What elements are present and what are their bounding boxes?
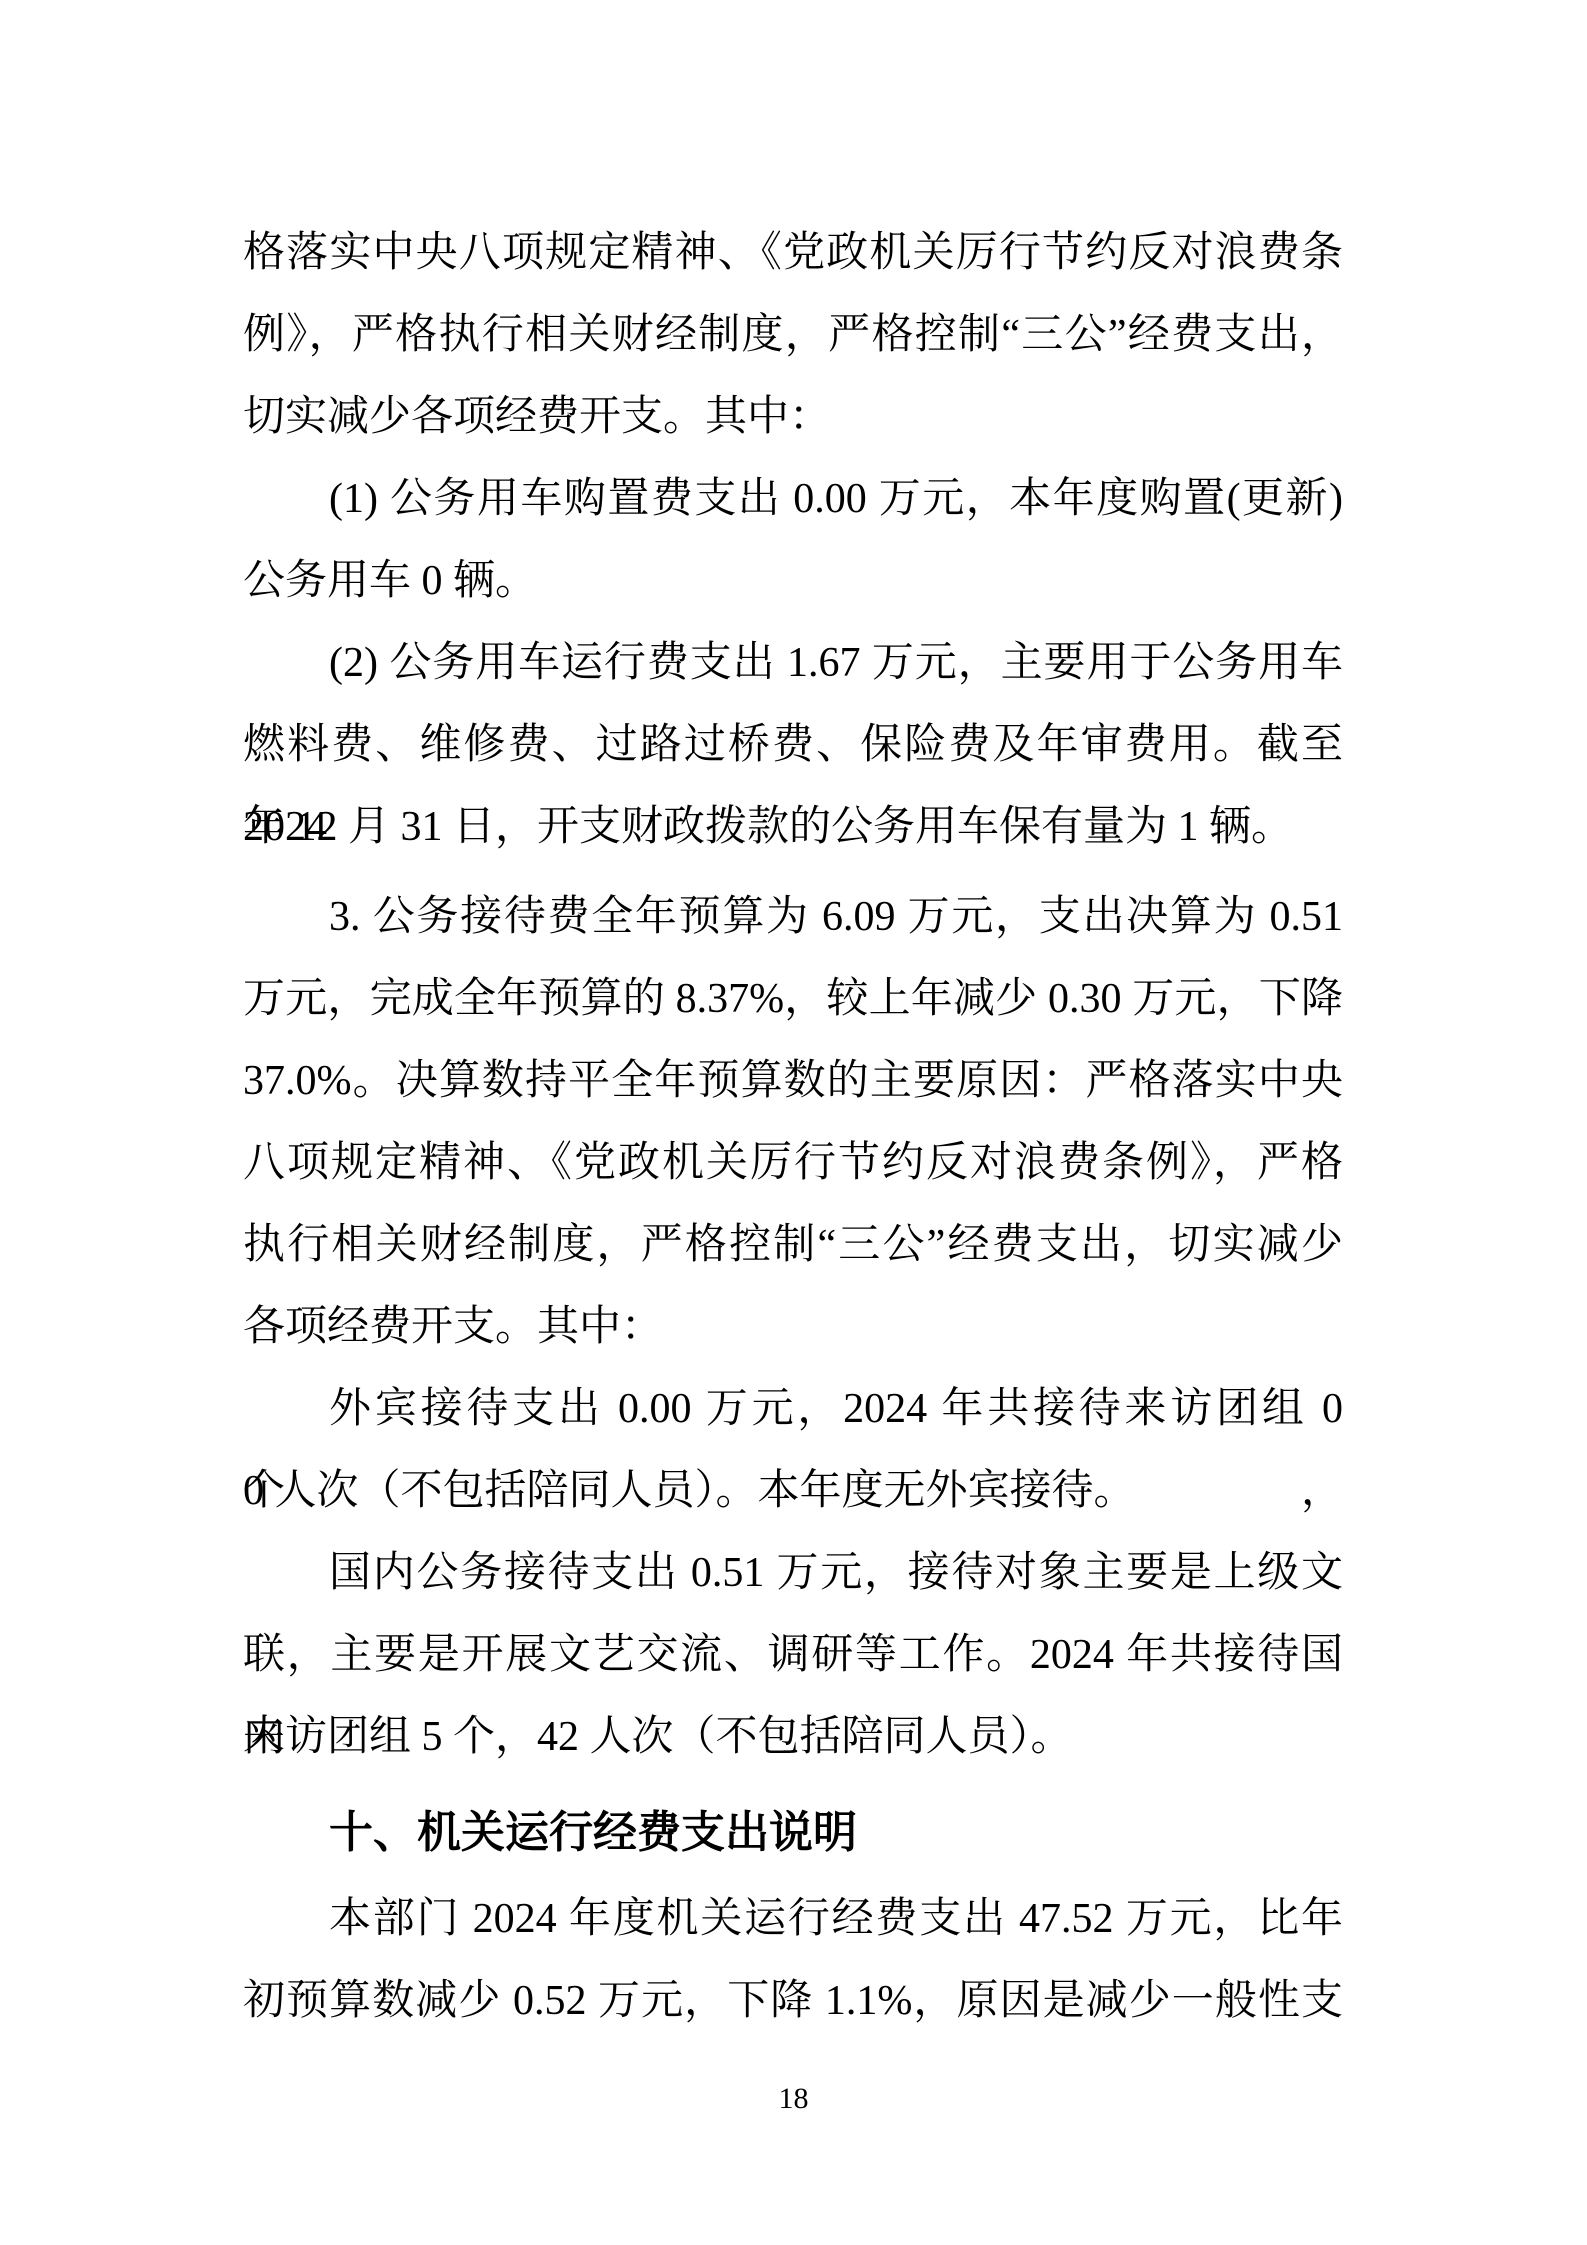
text-line: 执行相关财经制度，严格控制“三公”经费支出，切实减少 [243,1204,1343,1286]
text-line: 格落实中央八项规定精神、《党政机关厉行节约反对浪费条 [243,212,1343,294]
document-page: 格落实中央八项规定精神、《党政机关厉行节约反对浪费条例》，严格执行相关财经制度，… [0,0,1587,2245]
text-line: 37.0%。决算数持平全年预算数的主要原因：严格落实中央 [243,1040,1343,1122]
section-heading: 十、机关运行经费支出说明 [243,1792,1343,1874]
text-line: 本部门 2024 年度机关运行经费支出 47.52 万元，比年 [243,1878,1343,1960]
page-number: 18 [0,2082,1587,2116]
text-line: 各项经费开支。其中： [243,1286,1343,1368]
text-line: 燃料费、维修费、过路过桥费、保险费及年审费用。截至 2024 [243,704,1343,786]
text-line: 万元，完成全年预算的 8.37%，较上年减少 0.30 万元，下降 [243,958,1343,1040]
text-line: 初预算数减少 0.52 万元，下降 1.1%，原因是减少一般性支 [243,1960,1343,2042]
text-line: 切实减少各项经费开支。其中： [243,376,1343,458]
text-line: 3. 公务接待费全年预算为 6.09 万元，支出决算为 0.51 [243,876,1343,958]
text-line: 国内公务接待支出 0.51 万元，接待对象主要是上级文 [243,1532,1343,1614]
text-line: 联，主要是开展文艺交流、调研等工作。2024 年共接待国内 [243,1614,1343,1696]
text-line: 年 12 月 31 日，开支财政拨款的公务用车保有量为 1 辆。 [243,786,1343,868]
text-line: (1) 公务用车购置费支出 0.00 万元，本年度购置(更新) [243,458,1343,540]
text-line: 外宾接待支出 0.00 万元，2024 年共接待来访团组 0 个， [243,1368,1343,1450]
text-line: 公务用车 0 辆。 [243,540,1343,622]
document-body: 格落实中央八项规定精神、《党政机关厉行节约反对浪费条例》，严格执行相关财经制度，… [243,212,1343,2042]
text-line: 八项规定精神、《党政机关厉行节约反对浪费条例》，严格 [243,1122,1343,1204]
text-line: (2) 公务用车运行费支出 1.67 万元，主要用于公务用车 [243,622,1343,704]
text-line: 例》，严格执行相关财经制度，严格控制“三公”经费支出， [243,294,1343,376]
text-line: 来访团组 5 个，42 人次（不包括陪同人员）。 [243,1696,1343,1778]
